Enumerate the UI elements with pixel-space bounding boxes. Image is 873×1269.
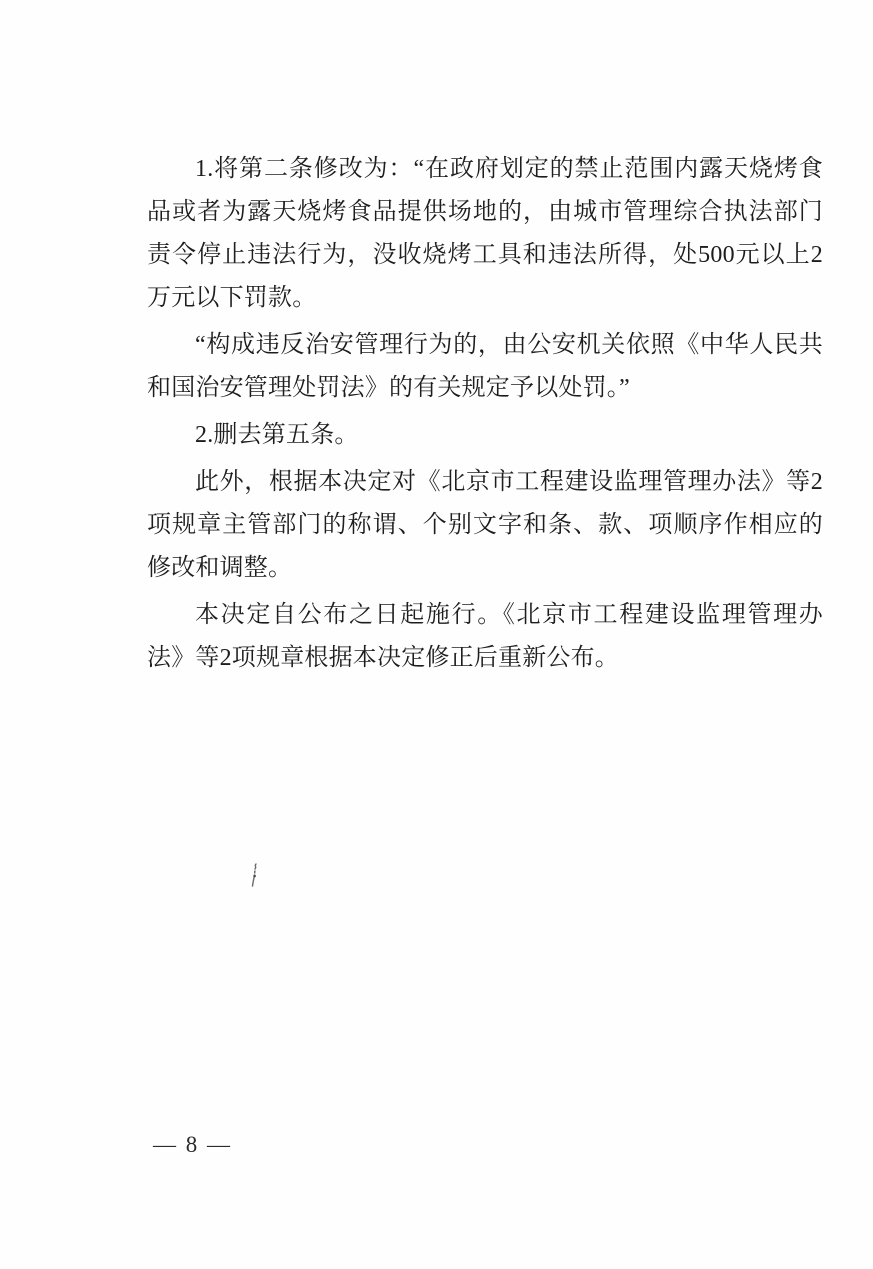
ink-smudge [249,862,261,890]
paragraph-amendment-1: 1.将第二条修改为：“在政府划定的禁止范围内露天烧烤食品或者为露天烧烤食品提供场… [147,148,823,320]
paragraph-additional-changes: 此外，根据本决定对《北京市工程建设监理管理办法》等2项规章主管部门的称谓、个别文… [147,461,823,590]
page-number: — 8 — [153,1132,232,1158]
document-page: 1.将第二条修改为：“在政府划定的禁止范围内露天烧烤食品或者为露天烧烤食品提供场… [0,0,873,1269]
paragraph-effective-date: 本决定自公布之日起施行。《北京市工程建设监理管理办法》等2项规章根据本决定修正后… [147,594,823,680]
paragraph-amendment-2: 2.删去第五条。 [147,414,823,457]
document-body: 1.将第二条修改为：“在政府划定的禁止范围内露天烧烤食品或者为露天烧烤食品提供场… [147,148,823,684]
paragraph-amendment-1-quote: “构成违反治安管理行为的，由公安机关依照《中华人民共和国治安管理处罚法》的有关规… [147,324,823,410]
